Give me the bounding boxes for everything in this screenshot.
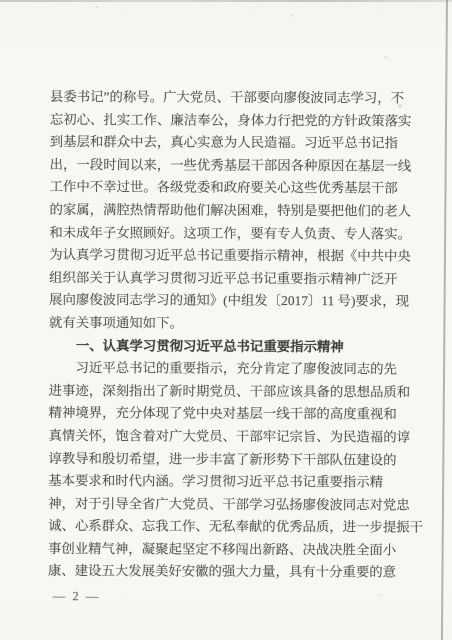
paragraph-continued: 县委书记”的称号。广大党员、干部要向廖俊波同志学习，不忘初心、扎实工作、廉洁奉公…: [49, 86, 420, 336]
text-line: 习近平总书记的重要指示，充分肯定了廖俊波同志的先: [49, 357, 419, 381]
text-line: 县委书记”的称号。广大党员、干部要向廖俊波同志学习，不: [50, 86, 420, 110]
document-text-block: 县委书记”的称号。广大党员、干部要向廖俊波同志学习，不忘初心、扎实工作、廉洁奉公…: [48, 86, 420, 609]
text-line: 为认真学习贯彻习近平总书记重要指示精神，根据《中共中央: [49, 244, 419, 268]
scan-speck: [384, 56, 388, 59]
text-line: 就有关事项通知如下。: [49, 312, 419, 336]
text-line: 真情关怀，饱含着对广大党员、干部牢记宗旨、为民造福的谆: [48, 425, 418, 449]
text-line: 精神境界，充分体现了党中央对基层一线干部的高度重视和: [49, 402, 419, 426]
text-line: 谆教导和殷切希望，进一步丰富了新形势下干部队伍建设的: [48, 447, 418, 471]
scan-speck: [95, 6, 98, 8]
text-line: 的家属，满腔热情帮助他们解决困难，特别是要把他们的老人: [49, 199, 419, 223]
text-line: 展向廖俊波同志学习的通知》(中组发〔2017〕11 号)要求，现: [49, 289, 419, 313]
text-line: 神，对于引导全省广大党员、干部学习弘扬廖俊波同志对党忠: [48, 493, 418, 517]
scan-speck: [289, 13, 294, 18]
text-line: 工作中不幸过世。各级党委和政府要关心这些优秀基层干部: [50, 176, 420, 200]
text-line: 出，一段时间以来，一些优秀基层干部因各种原因在基层一线: [50, 154, 420, 178]
text-line: 进事迹，深刻指出了新时期党员、干部应该具备的思想品质和: [49, 380, 419, 404]
text-line: 忘初心、扎实工作、廉洁奉公，身体力行把党的方针政策落实: [50, 109, 420, 133]
page-number: — 2 —: [48, 585, 418, 609]
text-line: 康、建设五大发展美好安徽的强大力量，具有十分重要的意: [48, 560, 418, 584]
scan-top-edge: [0, 0, 452, 2]
text-line: 到基层和群众中去，真心实意为人民造福。习近平总书记指: [50, 131, 420, 155]
scan-right-page-edge: [441, 0, 448, 640]
text-line: 事创业精气神，凝聚起坚定不移闯出新路、决战决胜全面小: [48, 538, 418, 562]
section-heading: 一、认真学习贯彻习近平总书记重要指示精神: [49, 335, 419, 359]
text-line: 基本要求和时代内涵。学习贯彻习近平总书记重要指示精: [48, 470, 418, 494]
text-line: 组织部关于认真学习贯彻习近平总书记重要指示精神广泛开: [49, 267, 419, 291]
scanned-document-page: 县委书记”的称号。广大党员、干部要向廖俊波同志学习，不忘初心、扎实工作、廉洁奉公…: [0, 0, 452, 640]
text-line: 诚、心系群众、忘我工作、无私奉献的优秀品质，进一步提振干: [48, 515, 418, 539]
paragraph-2: 习近平总书记的重要指示，充分肯定了廖俊波同志的先进事迹，深刻指出了新时期党员、干…: [48, 357, 419, 585]
text-line: 和未成年子女照顾好。这项工作，要有专人负责、专人落实。: [49, 222, 419, 246]
